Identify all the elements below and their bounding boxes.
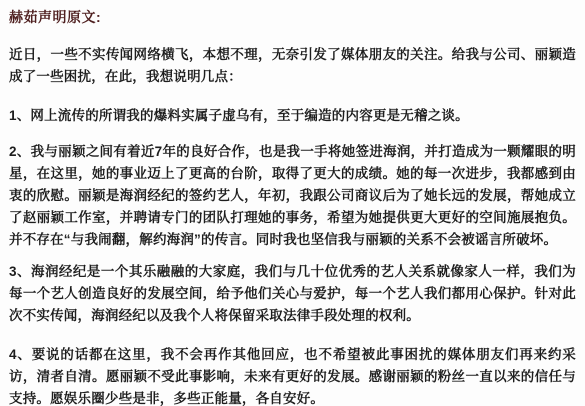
statement-body: 近日，一些不实传闻网络横飞，本想不理，无奈引发了媒体朋友的关注。给我与公司、丽颖… <box>9 44 576 406</box>
statement-title: 赫茹声明原文: <box>9 6 576 28</box>
statement-point-4: 4、要说的话都在这里，我不会再作其他回应，也不希望被此事困扰的媒体朋友们再来约采… <box>9 344 576 406</box>
statement-page: 赫茹声明原文: 近日，一些不实传闻网络横飞，本想不理，无奈引发了媒体朋友的关注。… <box>0 0 585 406</box>
statement-point-2: 2、我与丽颖之间有着近7年的良好合作，也是我一手将她签进海润，并打造成为一颗耀眼… <box>9 141 576 251</box>
statement-point-1: 1、网上流传的所谓我的爆料实属子虚乌有，至于编造的内容更是无稽之谈。 <box>9 105 576 127</box>
statement-intro-paragraph: 近日，一些不实传闻网络横飞，本想不理，无奈引发了媒体朋友的关注。给我与公司、丽颖… <box>9 44 576 88</box>
statement-point-3: 3、海润经纪是一个其乐融融的大家庭，我们与几十位优秀的艺人关系就像家人一样，我们… <box>9 261 576 327</box>
